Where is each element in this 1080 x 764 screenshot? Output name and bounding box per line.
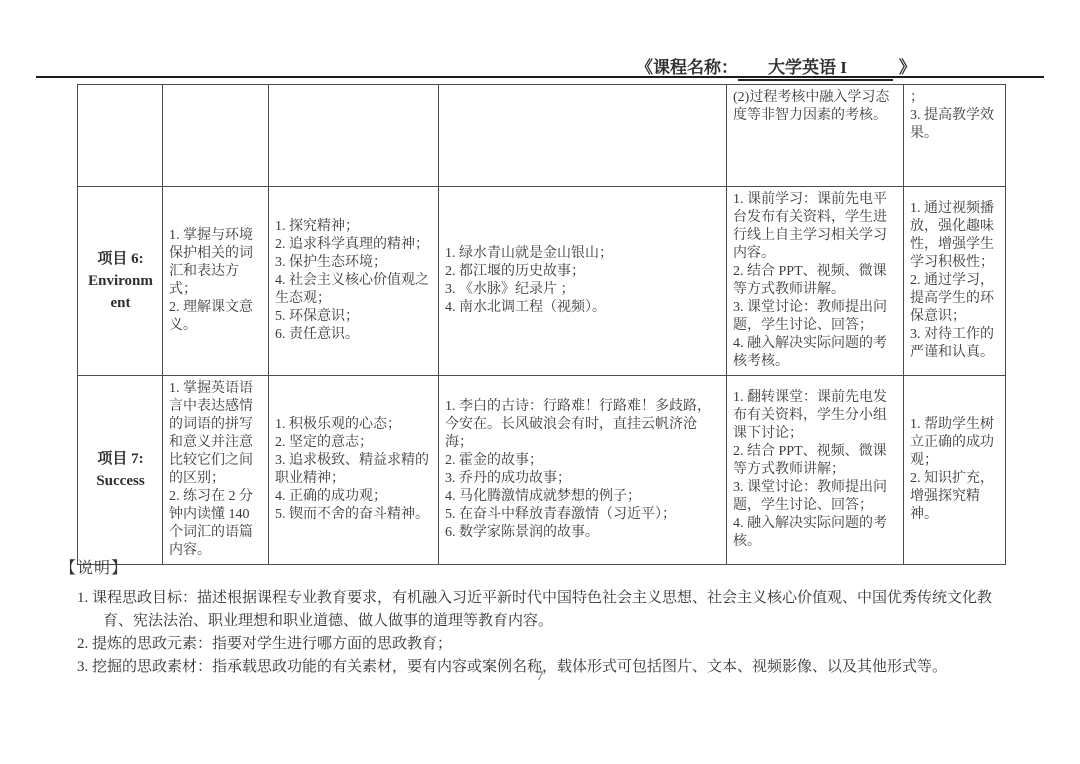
- list-line: 3. 对待工作的严谨和认真。: [910, 326, 1000, 362]
- list-line: 3. 《水脉》纪录片 ；: [445, 281, 721, 299]
- list-line: ；: [910, 89, 1000, 107]
- ideological-elements-cell: 1. 探究精神；2. 追求科学真理的精神；3. 保护生态环境；4. 社会主义核心…: [269, 187, 439, 376]
- list-line: 2. 霍金的故事；: [445, 452, 721, 470]
- list-line: 2. 结合 PPT、视频、微课等方式教师讲解；: [733, 443, 898, 479]
- list-line: 2. 坚定的意志；: [275, 434, 433, 452]
- table-row-project-6: 项目 6: Environm ent 1. 掌握与环境保护相关的词汇和表达方式；…: [78, 187, 1006, 376]
- notes-list: 1. 课程思政目标：描述根据课程专业教育要求，有机融入习近平新时代中国特色社会主…: [77, 587, 1020, 679]
- list-line: 4. 融入解决实际问题的考核。: [733, 515, 898, 551]
- list-line: 5. 环保意识；: [275, 308, 433, 326]
- list-line: 2. 都江堰的历史故事；: [445, 263, 721, 281]
- list-line: 4. 社会主义核心价值观之生态观；: [275, 272, 433, 308]
- teaching-methods-cell: (2)过程考核中融入学习态度等非智力因素的考核。: [727, 85, 904, 187]
- notes-title: 【说明】: [60, 558, 1020, 580]
- expected-outcomes-cell: 1. 帮助学生树立正确的成功观；2. 知识扩充，增强探究精神。: [904, 376, 1006, 565]
- ideological-materials-cell: 1. 绿水青山就是金山银山；2. 都江堰的历史故事；3. 《水脉》纪录片 ；4.…: [439, 187, 727, 376]
- empty-cell: [439, 85, 727, 187]
- ideological-elements-cell: 1. 积极乐观的心态；2. 坚定的意志；3. 追求极致、精益求精的职业精神；4.…: [269, 376, 439, 565]
- list-line: 2. 追求科学真理的精神；: [275, 236, 433, 254]
- list-line: 3. 乔丹的成功故事；: [445, 470, 721, 488]
- list-line: 4. 正确的成功观；: [275, 488, 433, 506]
- notes-section: 【说明】 1. 课程思政目标：描述根据课程专业教育要求，有机融入习近平新时代中国…: [60, 558, 1020, 679]
- course-label: 《课程名称：: [636, 58, 738, 77]
- table-row-project-7: 项目 7: Success 1. 掌握英语语言中表达感情的词语的拼写和意义并注意…: [78, 376, 1006, 565]
- project-name-cell: 项目 6: Environm ent: [78, 187, 163, 376]
- list-line: 4. 南水北调工程（视频）。: [445, 299, 721, 317]
- list-line: 3. 追求极致、精益求精的职业精神；: [275, 452, 433, 488]
- teaching-methods-cell: 1. 课前学习：课前先电平台发布有关资料，学生进行线上自主学习相关学习内容。2.…: [727, 187, 904, 376]
- list-line: 1. 翻转课堂：课前先电发布有关资料，学生分小组课下讨论；: [733, 389, 898, 443]
- list-line: 2. 知识扩充，增强探究精神。: [910, 470, 1000, 524]
- list-line: 2. 练习在 2 分钟内读懂 140 个词汇的语篇内容。: [169, 488, 263, 560]
- list-line: 6. 责任意识。: [275, 326, 433, 344]
- table-row-continuation: (2)过程考核中融入学习态度等非智力因素的考核。 ；3. 提高教学效果。: [78, 85, 1006, 187]
- empty-cell: [78, 85, 163, 187]
- list-line: 1. 积极乐观的心态；: [275, 416, 433, 434]
- list-line: 5. 锲而不舍的奋斗精神。: [275, 506, 433, 524]
- list-line: 3. 提高教学效果。: [910, 107, 1000, 143]
- list-line: 1. 课前学习：课前先电平台发布有关资料，学生进行线上自主学习相关学习内容。: [733, 191, 898, 263]
- list-line: 2. 通过学习，提高学生的环保意识；: [910, 272, 1000, 326]
- list-line: 1. 绿水青山就是金山银山；: [445, 245, 721, 263]
- list-line: 1. 帮助学生树立正确的成功观；: [910, 416, 1000, 470]
- teaching-objectives-cell: 1. 掌握与环境保护相关的词汇和表达方式；2. 理解课文意义。: [163, 187, 269, 376]
- document-page: 《课程名称：大学英语 I》 (2)过程考核中融入学习态度等非智力因素的考核。 ；…: [0, 0, 1080, 764]
- header-rule-line: [36, 76, 1044, 78]
- page-number: 7: [0, 668, 1080, 684]
- expected-outcomes-cell: ；3. 提高教学效果。: [904, 85, 1006, 187]
- list-line: 3. 保护生态环境；: [275, 254, 433, 272]
- syllabus-table: (2)过程考核中融入学习态度等非智力因素的考核。 ；3. 提高教学效果。 项目 …: [77, 84, 1006, 565]
- list-line: 1. 李白的古诗：行路难！行路难！多歧路，今安在。长风破浪会有时，直挂云帆济沧海…: [445, 398, 721, 452]
- list-line: 1. 通过视频播放，强化趣味性，增强学生学习积极性；: [910, 200, 1000, 272]
- list-line: 1. 探究精神；: [275, 218, 433, 236]
- course-title-close-bracket: 》: [899, 58, 916, 77]
- teaching-methods-cell: 1. 翻转课堂：课前先电发布有关资料，学生分小组课下讨论；2. 结合 PPT、视…: [727, 376, 904, 565]
- list-line: 3. 课堂讨论：教师提出问题，学生讨论、回答；: [733, 299, 898, 335]
- list-line: 4. 马化腾激情成就梦想的例子；: [445, 488, 721, 506]
- list-line: 1. 掌握英语语言中表达感情的词语的拼写和意义并注意比较它们之间的区别；: [169, 380, 263, 488]
- list-line: 4. 融入解决实际问题的考核考核。: [733, 335, 898, 371]
- list-line: 1. 掌握与环境保护相关的词汇和表达方式；: [169, 227, 263, 299]
- list-line: 2. 理解课文意义。: [169, 299, 263, 335]
- empty-cell: [269, 85, 439, 187]
- teaching-objectives-cell: 1. 掌握英语语言中表达感情的词语的拼写和意义并注意比较它们之间的区别；2. 练…: [163, 376, 269, 565]
- project-name-cell: 项目 7: Success: [78, 376, 163, 565]
- list-line: 6. 数学家陈景润的故事。: [445, 524, 721, 542]
- ideological-materials-cell: 1. 李白的古诗：行路难！行路难！多歧路，今安在。长风破浪会有时，直挂云帆济沧海…: [439, 376, 727, 565]
- list-line: 3. 课堂讨论：教师提出问题，学生讨论、回答；: [733, 479, 898, 515]
- list-line: 2. 提炼的思政元素：指要对学生进行哪方面的思政教育；: [77, 633, 1020, 656]
- list-line: 2. 结合 PPT、视频、微课等方式教师讲解。: [733, 263, 898, 299]
- list-line: 1. 课程思政目标：描述根据课程专业教育要求，有机融入习近平新时代中国特色社会主…: [77, 587, 1020, 633]
- empty-cell: [163, 85, 269, 187]
- expected-outcomes-cell: 1. 通过视频播放，强化趣味性，增强学生学习积极性；2. 通过学习，提高学生的环…: [904, 187, 1006, 376]
- list-line: 5. 在奋斗中释放青春激情（习近平）；: [445, 506, 721, 524]
- methods-continuation-text: (2)过程考核中融入学习态度等非智力因素的考核。: [733, 89, 898, 125]
